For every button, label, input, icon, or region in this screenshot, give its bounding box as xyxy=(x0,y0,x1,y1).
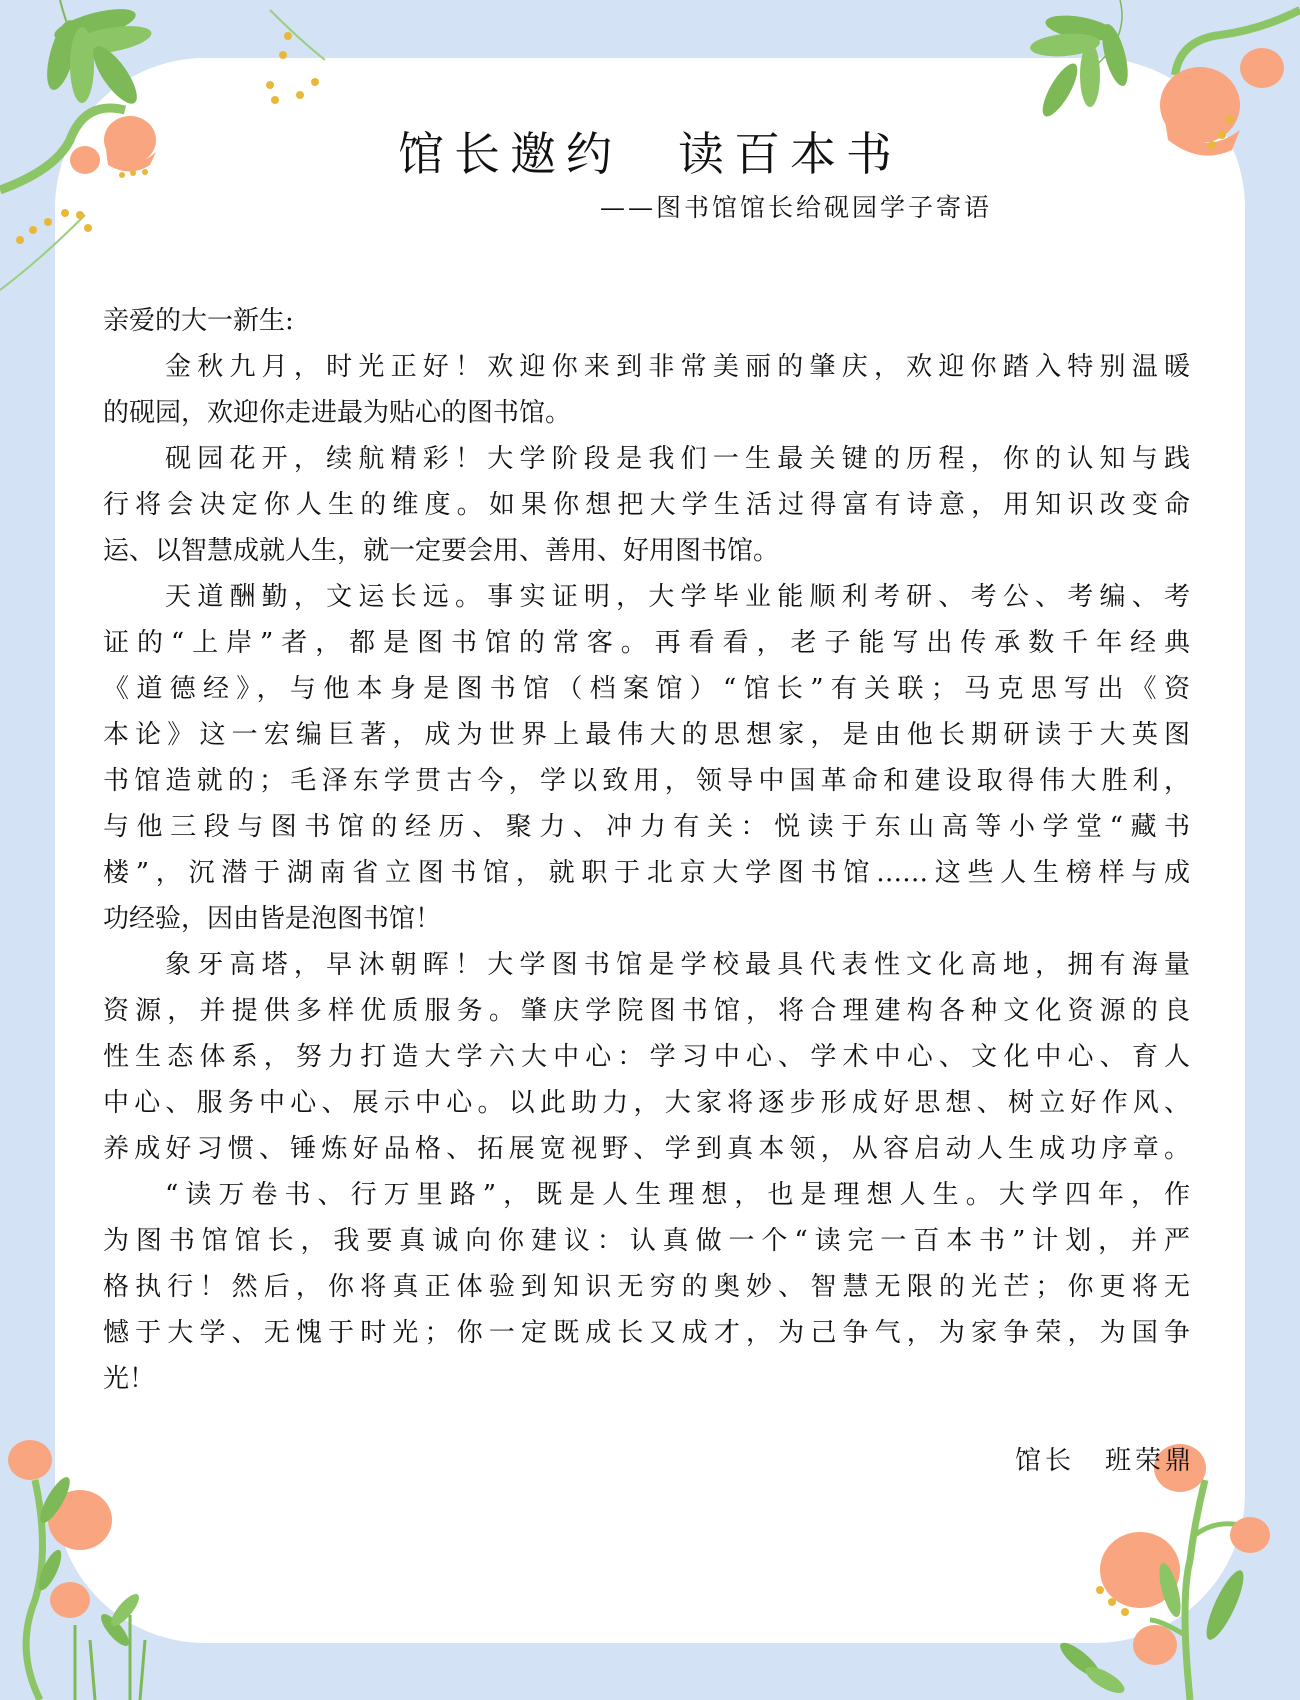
letter-line: “读万卷书、行万里路”，既是人生理想，也是理想人生。大学四年，作 xyxy=(103,1172,1190,1218)
letter-line: 为图书馆馆长，我要真诚向你建议：认真做一个“读完一百本书”计划，并严 xyxy=(103,1218,1190,1264)
letter-line: 象牙高塔，早沐朝晖！大学图书馆是学校最具代表性文化高地，拥有海量 xyxy=(103,942,1190,988)
letter-line: 格执行！然后，你将真正体验到知识无穷的奥妙、智慧无限的光芒；你更将无 xyxy=(103,1264,1190,1310)
letter-line: 本论》这一宏编巨著，成为世界上最伟大的思想家，是由他长期研读于大英图 xyxy=(103,712,1190,758)
letter-line: 砚园花开，续航精彩！大学阶段是我们一生最关键的历程，你的认知与践 xyxy=(103,436,1190,482)
letter-line: 《道德经》，与他本身是图书馆（档案馆）“馆长”有关联；马克思写出《资 xyxy=(103,666,1190,712)
letter-line: 运、以智慧成就人生，就一定要会用、善用、好用图书馆。 xyxy=(103,528,1190,574)
letter-line: 的砚园，欢迎你走进最为贴心的图书馆。 xyxy=(103,390,1190,436)
letter-line: 养成好习惯、锤炼好品格、拓展宽视野、学到真本领，从容启动人生成功序章。 xyxy=(103,1126,1190,1172)
letter-line: 资源，并提供多样优质服务。肇庆学院图书馆，将合理建构各种文化资源的良 xyxy=(103,988,1190,1034)
flower-bottom-left-decoration xyxy=(0,1400,200,1700)
letter-line: 中心、服务中心、展示中心。以此助力，大家将逐步形成好思想、树立好作风、 xyxy=(103,1080,1190,1126)
letter-line: 金秋九月，时光正好！欢迎你来到非常美丽的肇庆，欢迎你踏入特别温暖 xyxy=(103,344,1190,390)
letter-line: 与他三段与图书馆的经历、聚力、冲力有关：悦读于东山高等小学堂“藏书 xyxy=(103,804,1190,850)
letter-line: 证的“上岸”者，都是图书馆的常客。再看看，老子能写出传承数千年经典 xyxy=(103,620,1190,666)
letter-line: 书馆造就的；毛泽东学贯古今，学以致用，领导中国革命和建设取得伟大胜利， xyxy=(103,758,1190,804)
letter-lines: 金秋九月，时光正好！欢迎你来到非常美丽的肇庆，欢迎你踏入特别温暖的砚园，欢迎你走… xyxy=(103,344,1190,1402)
letter-line: 天道酬勤，文运长远。事实证明，大学毕业能顺利考研、考公、考编、考 xyxy=(103,574,1190,620)
page-title: 馆长邀约 读百本书 xyxy=(0,118,1300,184)
letter-line: 光！ xyxy=(103,1356,1190,1402)
salutation: 亲爱的大一新生: xyxy=(103,298,1190,344)
letter-line: 功经验，因由皆是泡图书馆！ xyxy=(103,896,1190,942)
signature: 馆长 班荣鼎 xyxy=(1015,1440,1195,1477)
letter-line: 憾于大学、无愧于时光；你一定既成长又成才，为己争气，为家争荣，为国争 xyxy=(103,1310,1190,1356)
letter-line: 行将会决定你人生的维度。如果你想把大学生活过得富有诗意，用知识改变命 xyxy=(103,482,1190,528)
letter-body: 亲爱的大一新生: 金秋九月，时光正好！欢迎你来到非常美丽的肇庆，欢迎你踏入特别温… xyxy=(103,298,1190,1402)
letter-line: 楼”，沉潜于湖南省立图书馆，就职于北京大学图书馆……这些人生榜样与成 xyxy=(103,850,1190,896)
letter-line: 性生态体系，努力打造大学六大中心：学习中心、学术中心、文化中心、育人 xyxy=(103,1034,1190,1080)
page-subtitle: ——图书馆馆长给砚园学子寄语 xyxy=(600,188,992,224)
flower-bottom-right-decoration xyxy=(1000,1440,1300,1700)
